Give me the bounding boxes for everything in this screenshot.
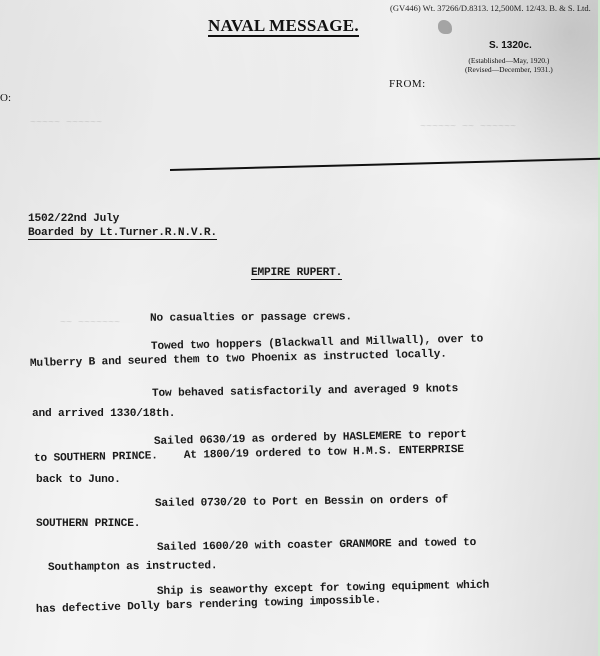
message-line: Sailed 1600/20 with coaster GRANMORE and… (157, 537, 476, 554)
crest-icon (438, 20, 452, 34)
print-reference: (GV446) Wt. 37266/D.8313. 12,500M. 12/43… (390, 3, 591, 13)
message-line: Sailed 0730/20 to Port en Bessin on orde… (155, 494, 448, 510)
bleed-through-text: ~~~~~ ~~~~~~ (30, 118, 102, 129)
from-label: FROM: (389, 78, 426, 90)
document-page: (GV446) Wt. 37266/D.8313. 12,500M. 12/43… (0, 0, 600, 656)
form-dates: (Established—May, 1920.) (Revised—Decemb… (465, 56, 553, 74)
ship-name: EMPIRE RUPERT. (251, 267, 342, 280)
message-line: SOUTHERN PRINCE. (36, 518, 140, 530)
message-time-date: 1502/22nd July (28, 213, 119, 225)
message-line: back to Juno. (36, 474, 121, 486)
bleed-through-text: ~~ ~~~~~~~ (60, 318, 120, 329)
message-line: and arrived 1330/18th. (32, 408, 175, 420)
message-line: Tow behaved satisfactorily and averaged … (152, 383, 458, 400)
established-date: (Established—May, 1920.) (465, 56, 553, 65)
message-line: No casualties or passage crews. (150, 311, 352, 324)
message-line: has defective Dolly bars rendering towin… (36, 594, 381, 616)
form-title: NAVAL MESSAGE. (208, 17, 359, 37)
message-line: Mulberry B and seured them to two Phoeni… (30, 349, 447, 370)
form-number: S. 1320c. (489, 40, 532, 51)
message-line: to SOUTHERN PRINCE. At 1800/19 ordered t… (34, 444, 464, 465)
to-label: O: (0, 92, 11, 104)
header-divider (170, 157, 600, 171)
boarded-by: Boarded by Lt.Turner.R.N.V.R. (28, 227, 217, 240)
message-line: Southampton as instructed. (48, 560, 217, 574)
bleed-through-text: ~~~~~~ ~~ ~~~~~~ (420, 122, 516, 133)
revised-date: (Revised—December, 1931.) (465, 65, 553, 74)
